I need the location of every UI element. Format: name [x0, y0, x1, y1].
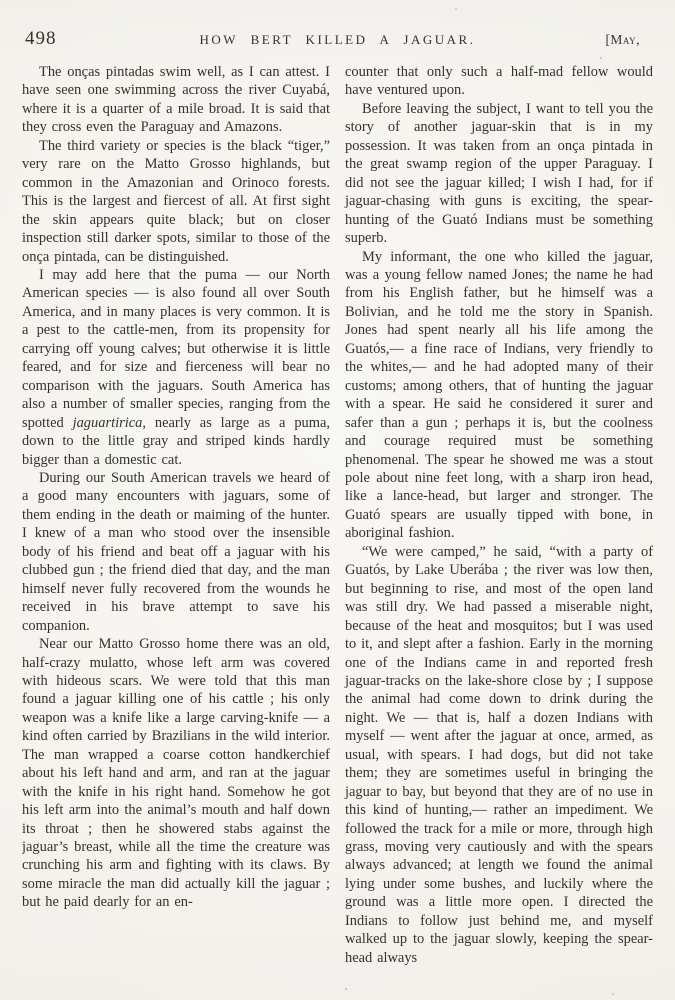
scan-speck — [345, 988, 347, 990]
paragraph-black-tiger: The third variety or species is the blac… — [22, 137, 330, 266]
scan-speck — [612, 993, 614, 995]
paragraph-oncas-swim: The onças pintadas swim well, as I can a… — [22, 63, 330, 137]
scan-speck — [600, 57, 602, 59]
italic-species-term: jaguartirica — [73, 415, 143, 431]
paragraph-informant-jones: My informant, the one who killed the jag… — [345, 248, 653, 543]
running-header: 498 HOW BERT KILLED A JAGUAR. [May, — [22, 28, 653, 54]
text-columns: The onças pintadas swim well, as I can a… — [22, 63, 653, 987]
running-title: HOW BERT KILLED A JAGUAR. — [22, 32, 653, 48]
left-column: The onças pintadas swim well, as I can a… — [22, 63, 330, 987]
scan-speck — [455, 8, 457, 10]
book-page: 498 HOW BERT KILLED A JAGUAR. [May, The … — [0, 0, 675, 1000]
issue-date-label: [May, — [605, 32, 640, 48]
paragraph-mulatto: Near our Matto Grosso home there was an … — [22, 635, 330, 912]
right-column: counter that only such a half-mad fellow… — [345, 63, 653, 987]
paragraph-jaguar-skin-story: Before leaving the subject, I want to te… — [345, 100, 653, 248]
paragraph-encounters: During our South American travels we hea… — [22, 469, 330, 635]
paragraph-puma: I may add here that the puma — our North… — [22, 266, 330, 469]
paragraph-counter-continuation: counter that only such a half-mad fellow… — [345, 63, 653, 100]
scan-speck — [97, 86, 99, 88]
paragraph-we-were-camped: “We were camped,” he said, “with a party… — [345, 543, 653, 967]
paragraph-puma-text: I may add here that the puma — our North… — [22, 267, 330, 431]
